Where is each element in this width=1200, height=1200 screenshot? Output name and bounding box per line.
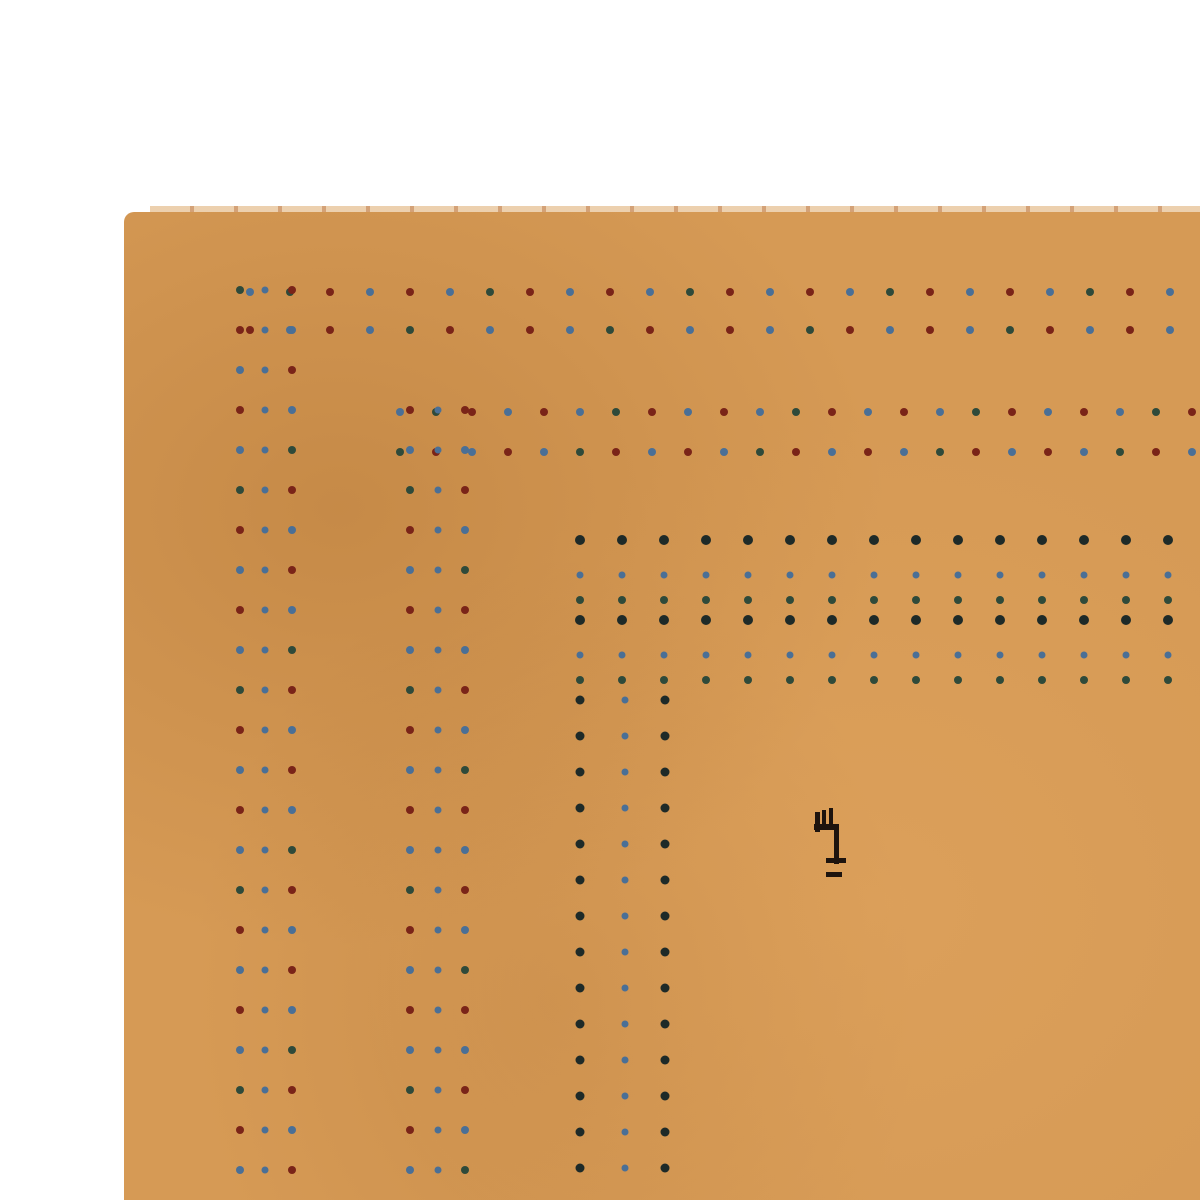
goat-motif-icon [0, 0, 1200, 1200]
